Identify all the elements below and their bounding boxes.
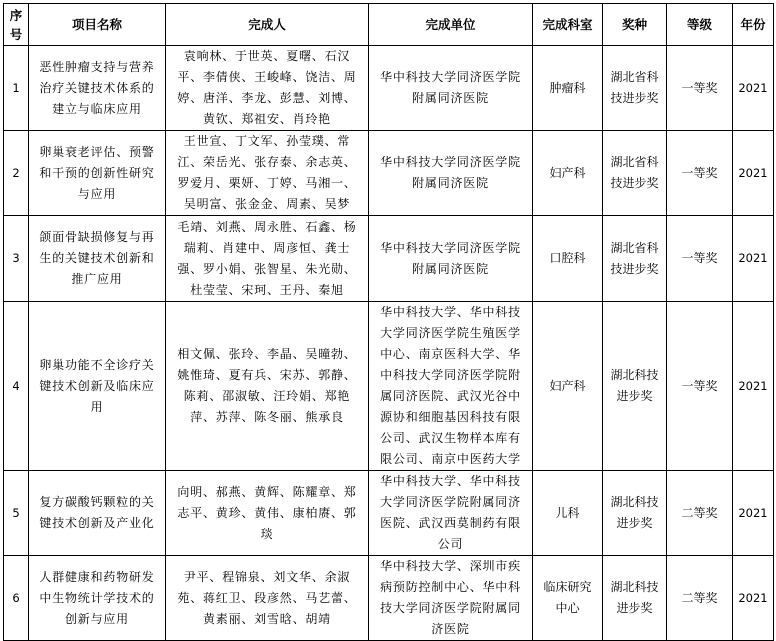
cell-level: 一等奖 [667,46,733,131]
cell-people: 毛靖、刘燕、周永胜、石鑫、杨瑞莉、肖建中、周彦恒、龚士强、罗小娟、张智星、朱光勋… [166,216,369,302]
cell-dept: 妇产科 [533,302,603,471]
cell-level: 一等奖 [667,302,733,471]
cell-dept: 肿瘤科 [533,46,603,131]
cell-seq: 2 [4,131,29,216]
cell-year: 2021 [733,216,774,302]
cell-dept: 儿科 [533,471,603,556]
cell-year: 2021 [733,46,774,131]
cell-unit: 华中科技大学同济医学院附属同济医院 [369,131,533,216]
cell-level: 一等奖 [667,216,733,302]
cell-award-type: 湖北省科技进步奖 [603,131,667,216]
cell-level: 二等奖 [667,556,733,636]
cell-project: 卵巢功能不全诊疗关键技术创新及临床应用 [29,302,166,471]
cell-award-type: 湖北省科技进步奖 [603,46,667,131]
header-people: 完成人 [166,4,369,46]
cell-seq: 6 [4,556,29,636]
cell-award-type: 湖北省科技进步奖 [603,216,667,302]
cell-people: 王世宣、丁文军、孙莹璞、常江、荣岳光、张存泰、余志英、罗爱月、栗妍、丁婷、马湘一… [166,131,369,216]
table-row: 3 颌面骨缺损修复与再生的关键技术创新和推广应用 毛靖、刘燕、周永胜、石鑫、杨瑞… [4,216,774,302]
cell-unit: 华中科技大学同济医学院附属同济医院 [369,46,533,131]
cell-year: 2021 [733,471,774,556]
cell-people: 相文佩、张玲、李晶、吴曈勃、姚惟琦、夏有兵、宋苏、郭静、陈莉、邵淑敏、汪玲娟、郑… [166,302,369,471]
cell-award-type: 湖北科技进步奖 [603,471,667,556]
cell-project: 人群健康和药物研发中生物统计学技术的创新与应用 [29,556,166,636]
awards-table: 序号 项目名称 完成人 完成单位 完成科室 奖种 等级 年份 1 恶性肿瘤支持与… [3,3,774,635]
cell-level: 一等奖 [667,131,733,216]
cell-dept: 妇产科 [533,131,603,216]
cell-dept: 临床研究中心 [533,556,603,636]
cell-seq: 4 [4,302,29,471]
header-dept: 完成科室 [533,4,603,46]
table-row: 5 复方碳酸钙颗粒的关键技术创新及产业化 向明、郝燕、黄辉、陈耀章、郑志平、黄珍… [4,471,774,556]
cell-project: 颌面骨缺损修复与再生的关键技术创新和推广应用 [29,216,166,302]
cell-unit: 华中科技大学、深圳市疾病预防控制中心、华中科技大学同济医学院附属同济医院 [369,556,533,636]
cell-unit: 华中科技大学、华中科技大学同济医学院附属同济医院、武汉西莫制药有限公司 [369,471,533,556]
header-year: 年份 [733,4,774,46]
cell-award-type: 湖北科技进步奖 [603,556,667,636]
table-row: 1 恶性肿瘤支持与营养治疗关键技术体系的建立与临床应用 袁响林、于世英、夏曙、石… [4,46,774,131]
header-level: 等级 [667,4,733,46]
cell-people: 向明、郝燕、黄辉、陈耀章、郑志平、黄珍、黄伟、康柏赓、郭琰 [166,471,369,556]
cell-dept: 口腔科 [533,216,603,302]
cell-seq: 3 [4,216,29,302]
cell-seq: 1 [4,46,29,131]
header-row: 序号 项目名称 完成人 完成单位 完成科室 奖种 等级 年份 [4,4,774,46]
cell-year: 2021 [733,131,774,216]
cell-year: 2021 [733,302,774,471]
table-row: 6 人群健康和药物研发中生物统计学技术的创新与应用 尹平、程锦泉、刘文华、余淑苑… [4,556,774,636]
header-project: 项目名称 [29,4,166,46]
cell-level: 二等奖 [667,471,733,556]
header-unit: 完成单位 [369,4,533,46]
cell-year: 2021 [733,556,774,636]
cell-award-type: 湖北科技进步奖 [603,302,667,471]
cell-project: 复方碳酸钙颗粒的关键技术创新及产业化 [29,471,166,556]
cell-project: 卵巢衰老评估、预警和干预的创新性研究与应用 [29,131,166,216]
table-row: 4 卵巢功能不全诊疗关键技术创新及临床应用 相文佩、张玲、李晶、吴曈勃、姚惟琦、… [4,302,774,471]
cell-seq: 5 [4,471,29,556]
cell-people: 尹平、程锦泉、刘文华、余淑苑、蒋红卫、段彦然、马艺蕾、黄素丽、刘雪晗、胡靖 [166,556,369,636]
cell-unit: 华中科技大学同济医学院附属同济医院 [369,216,533,302]
cell-unit: 华中科技大学、华中科技大学同济医学院生殖医学中心、南京医科大学、华中科技大学同济… [369,302,533,471]
cell-people: 袁响林、于世英、夏曙、石汉平、李倩侠、王峻峰、饶洁、周婷、唐洋、李龙、彭慧、刘博… [166,46,369,131]
cell-project: 恶性肿瘤支持与营养治疗关键技术体系的建立与临床应用 [29,46,166,131]
table-row: 2 卵巢衰老评估、预警和干预的创新性研究与应用 王世宣、丁文军、孙莹璞、常江、荣… [4,131,774,216]
header-award-type: 奖种 [603,4,667,46]
header-seq: 序号 [4,4,29,46]
